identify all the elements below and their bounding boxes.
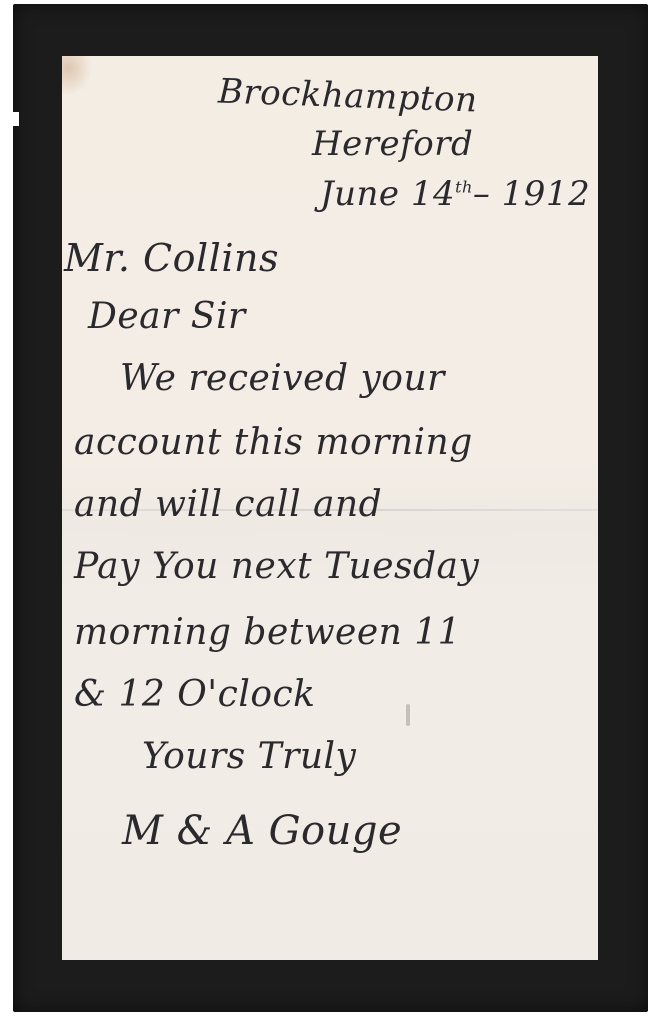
body-line: and will call and <box>74 484 382 525</box>
letter-paper: Brockhampton Hereford June 14th– 1912 Mr… <box>62 56 598 960</box>
body-line: We received your <box>120 358 445 399</box>
recipient-name: Mr. Collins <box>64 236 279 280</box>
body-line: morning between 11 <box>74 612 461 653</box>
salutation: Dear Sir <box>88 296 246 337</box>
body-line: Pay You next Tuesday <box>74 546 479 587</box>
ink-speck <box>406 704 410 726</box>
age-stain <box>62 56 92 96</box>
date-year: – 1912 <box>473 174 590 214</box>
address-line-1: Brockhampton <box>217 71 478 120</box>
address-line-2: Hereford <box>312 124 473 164</box>
letter-date: June 14th– 1912 <box>320 174 590 214</box>
body-line: account this morning <box>74 422 473 463</box>
date-month-day: June 14 <box>320 174 455 214</box>
date-ordinal: th <box>455 178 473 197</box>
body-line: & 12 O'clock <box>74 674 315 715</box>
signature: M & A Gouge <box>122 808 402 854</box>
closing: Yours Truly <box>142 736 356 777</box>
letter-scan: Brockhampton Hereford June 14th– 1912 Mr… <box>0 0 658 1024</box>
torn-edge-notch <box>13 112 19 126</box>
